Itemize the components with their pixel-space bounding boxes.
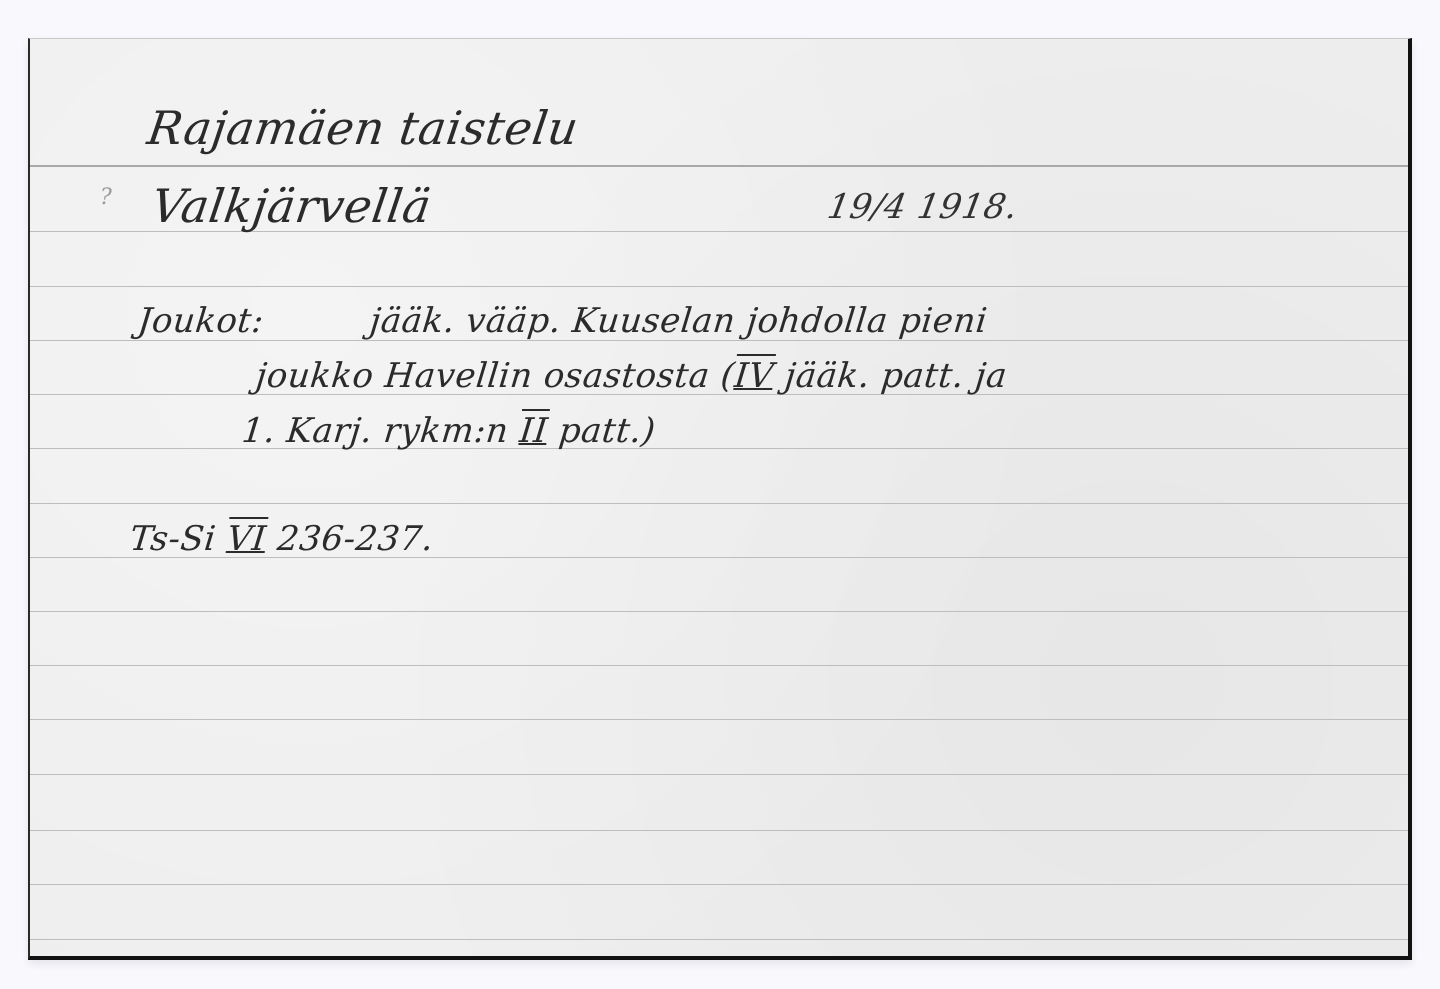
ruled-line: [30, 611, 1408, 612]
roman-numeral-iv: IV: [733, 356, 776, 396]
ruled-line: [30, 448, 1408, 449]
troops-line3: 1. Karj. rykm:n II patt.): [240, 411, 658, 451]
troops-label: Joukot:: [136, 301, 266, 341]
card-title-line2: Valkjärvellä: [148, 179, 434, 233]
heading-rule: [30, 165, 1408, 167]
ruled-line: [30, 774, 1408, 775]
troops-line1: jääk. vääp. Kuuselan johdolla pieni: [368, 301, 990, 341]
roman-numeral-vi: VI: [225, 519, 268, 559]
roman-numeral-ii: II: [518, 411, 550, 451]
ruled-line: [30, 665, 1408, 666]
ruled-line: [30, 939, 1408, 940]
card-date: 19/4 1918.: [824, 187, 1021, 227]
question-mark: ?: [100, 185, 112, 210]
troops-line2-part-a: joukko Havellin osastosta (: [254, 356, 737, 396]
ruled-line: [30, 719, 1408, 720]
troops-line3-part-a: 1. Karj. rykm:n: [240, 411, 522, 451]
ruled-line: [30, 884, 1408, 885]
source-reference: Ts-Si VI 236-237.: [128, 519, 436, 559]
troops-line2: joukko Havellin osastosta (IV jääk. patt…: [254, 356, 1009, 396]
ruled-line: [30, 286, 1408, 287]
troops-line3-part-b: patt.): [546, 411, 658, 451]
card-title-line1: Rajamäen taistelu: [144, 101, 582, 155]
ruled-line: [30, 503, 1408, 504]
ruled-line: [30, 830, 1408, 831]
source-part-b: 236-237.: [264, 519, 436, 559]
troops-line2-part-b: jääk. patt. ja: [772, 356, 1010, 396]
index-card: Rajamäen taistelu ? Valkjärvellä 19/4 19…: [28, 38, 1412, 960]
source-part-a: Ts-Si: [128, 519, 229, 559]
